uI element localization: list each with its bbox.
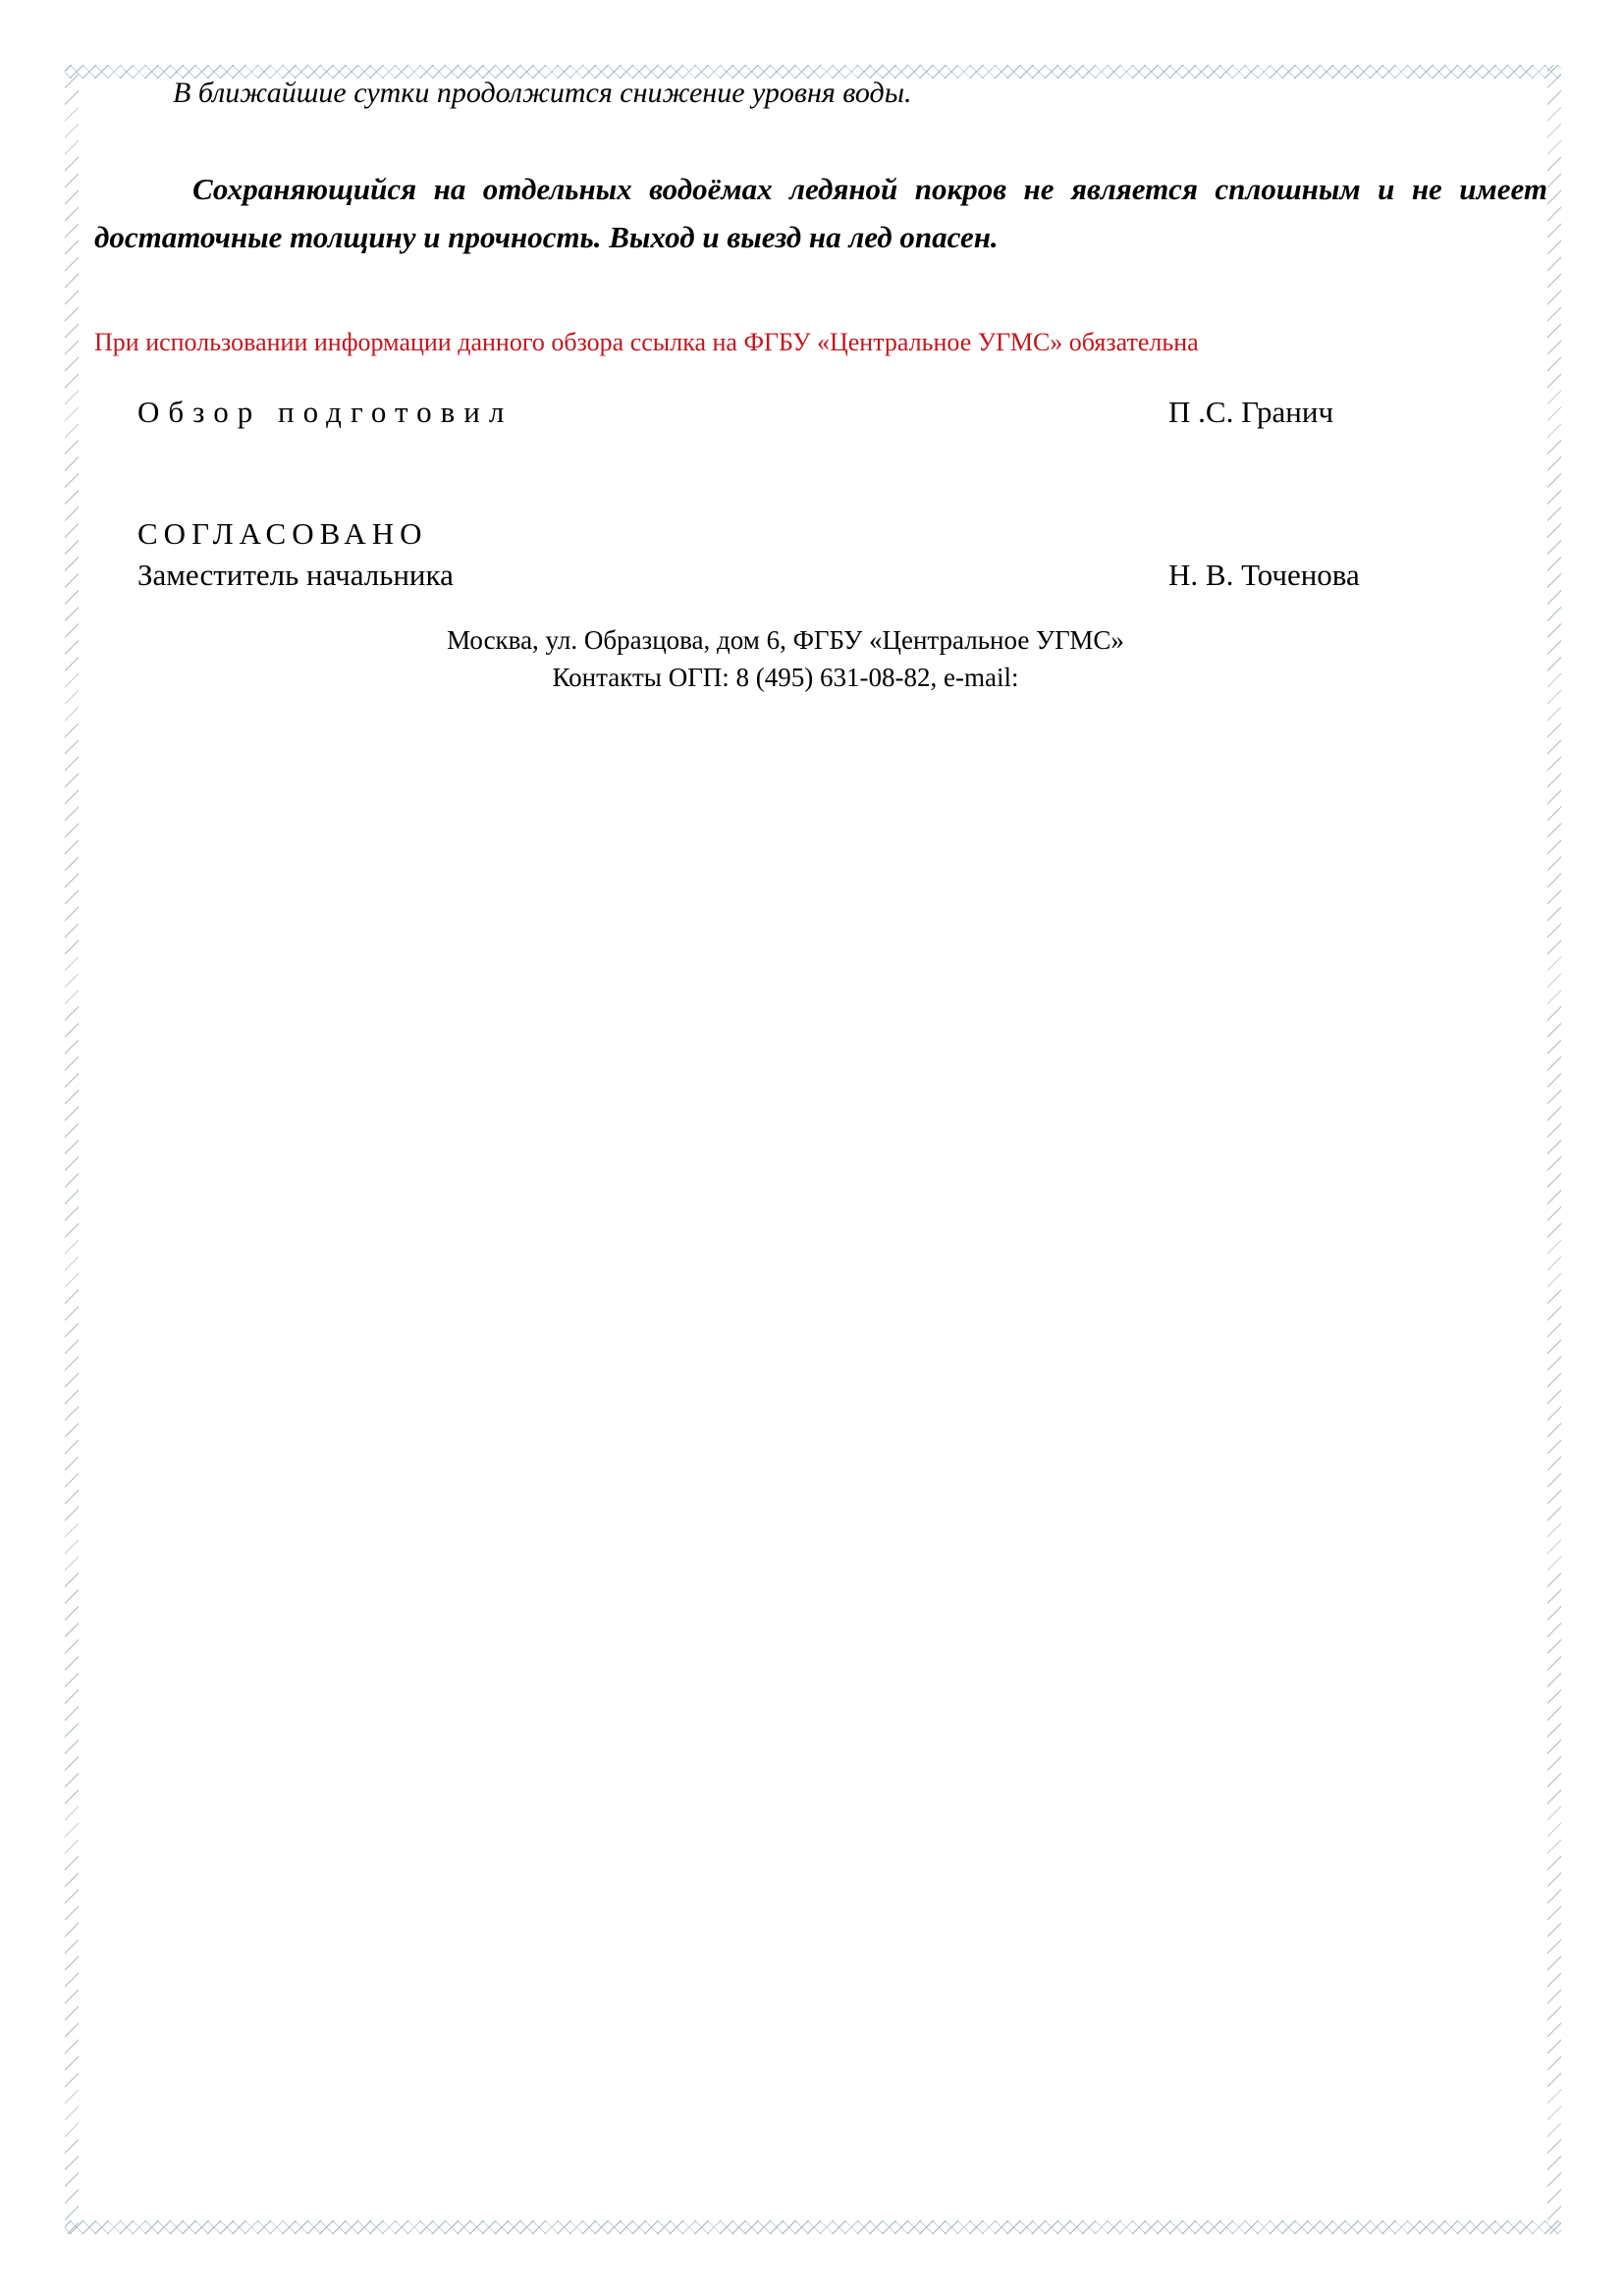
prepared-by-name: П .С. Гранич	[1168, 395, 1333, 430]
page-decorative-border	[65, 65, 1561, 2234]
border-bottom	[65, 2220, 1561, 2234]
citation-notice: При использовании информации данного обз…	[94, 328, 1199, 357]
ice-warning: Сохраняющийся на отдельных водоёмах ледя…	[94, 165, 1547, 261]
border-right	[1547, 65, 1561, 2234]
deputy-name: Н. В. Точенова	[1168, 558, 1360, 593]
agreed-label: СОГЛАСОВАНО	[137, 516, 427, 552]
contacts: Контакты ОГП: 8 (495) 631-08-82, e-mail:	[0, 659, 1571, 696]
deputy-label: Заместитель начальника	[137, 558, 454, 593]
address: Москва, ул. Образцова, дом 6, ФГБУ «Цент…	[0, 621, 1571, 659]
prepared-by-label: Обзор подготовил	[137, 395, 513, 430]
footer: Москва, ул. Образцова, дом 6, ФГБУ «Цент…	[0, 621, 1571, 696]
border-left	[65, 65, 79, 2234]
forecast-line: В ближайшие сутки продолжится снижение у…	[173, 77, 912, 110]
